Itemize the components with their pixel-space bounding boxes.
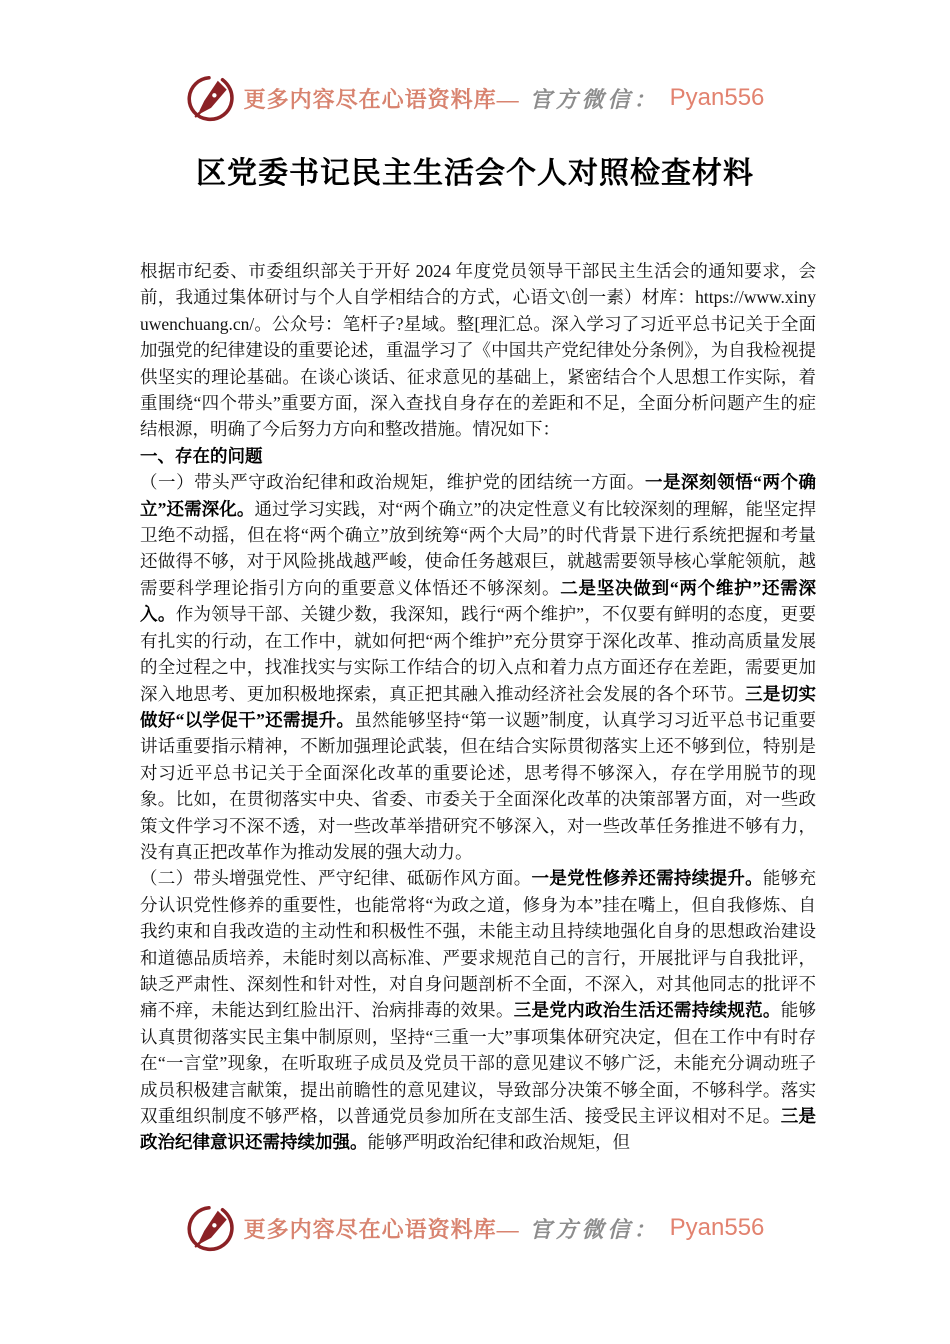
paragraph-intro: 根据市纪委、市委组织部关于开好 2024 年度党员领导干部民主生活会的通知要求，… — [140, 258, 816, 443]
text-run: 虽然能够坚持“第一议题”制度，认真学习习近平总书记重要讲话重要指示精神，不断加强… — [140, 710, 816, 862]
paragraph-subsection-2: （二）带头增强党性、严守纪律、砥砺作风方面。一是党性修养还需持续提升。能够充分认… — [140, 865, 816, 1155]
wechat-label: 官方微信： — [530, 1213, 660, 1244]
wechat-id: Pyan556 — [670, 84, 765, 112]
section-heading: 一、存在的问题 — [140, 443, 816, 469]
text-run: 能够严明政治纪律和政治规矩，但 — [368, 1132, 631, 1152]
brand-text: 更多内容尽在心语资料库— — [244, 83, 520, 114]
text-run: （一）带头严守政治纪律和政治规矩，维护党的团结统一方面。 — [140, 472, 645, 492]
header-brandbar: 更多内容尽在心语资料库—官方微信：Pyan556 — [0, 74, 950, 122]
paragraph-subsection-1: （一）带头严守政治纪律和政治规矩，维护党的团结统一方面。一是深刻领悟“两个确立”… — [140, 469, 816, 865]
brand-text: 更多内容尽在心语资料库— — [244, 1213, 520, 1244]
document-page: 更多内容尽在心语资料库—官方微信：Pyan556 区党委书记民主生活会个人对照检… — [0, 0, 950, 1344]
wechat-label: 官方微信： — [530, 83, 660, 114]
text-run: （二）带头增强党性、严守纪律、砥砺作风方面。 — [140, 868, 532, 888]
document-body: 根据市纪委、市委组织部关于开好 2024 年度党员领导干部民主生活会的通知要求，… — [140, 258, 816, 1156]
heading-text: 一、存在的问题 — [140, 446, 263, 466]
pen-nib-circle-icon — [186, 74, 234, 122]
text-run: 作为领导干部、关键少数，我深知，践行“两个维护”，不仅要有鲜明的态度，更要有扎实… — [140, 604, 816, 703]
bold-run: 三是党内政治生活还需持续规范。 — [514, 1000, 781, 1020]
wechat-id: Pyan556 — [670, 1214, 765, 1242]
text-run: 能够充分认识党性修养的重要性，也能常将“为政之道，修身为本”挂在嘴上，但自我修炼… — [140, 868, 816, 1020]
footer-brandbar: 更多内容尽在心语资料库—官方微信：Pyan556 — [0, 1204, 950, 1252]
pen-nib-circle-icon — [186, 1204, 234, 1252]
bold-run: 一是党性修养还需持续提升。 — [532, 868, 763, 888]
text-run: 根据市纪委、市委组织部关于开好 2024 年度党员领导干部民主生活会的通知要求，… — [140, 261, 816, 439]
page-title: 区党委书记民主生活会个人对照检查材料 — [0, 148, 950, 192]
